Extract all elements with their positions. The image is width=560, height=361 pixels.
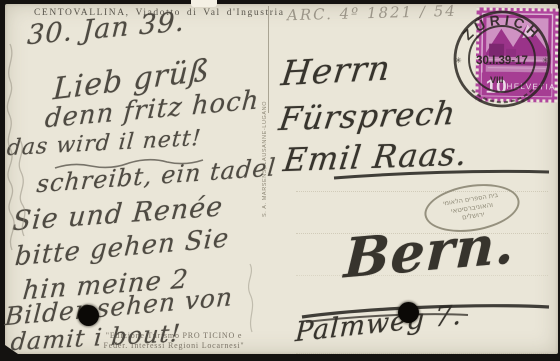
postmark-star-left: ✳ [455,56,462,65]
postmark-city: ZÜRICH [459,12,544,43]
address-name: Emil Raas. [281,135,469,180]
postmark: ZÜRICH 30.I.39-17 VIII ✳ ✳ [446,2,558,114]
divider-line [268,6,269,113]
scan-background: CENTOVALLINA, Viadotto di Val d'Ingustri… [0,0,560,361]
address-guide-line [296,353,548,354]
paper-notch [191,0,217,7]
svg-text:ZÜRICH: ZÜRICH [459,12,544,43]
address-recipient: Herrn [279,48,393,94]
punch-hole-left [78,305,99,326]
postmark-date: 30.I.39-17 [476,55,528,67]
postmark-star-right: ✳ [542,56,549,65]
address-title: Fürsprech [277,94,459,138]
punch-hole-right [398,302,419,323]
postmark-code: VIII [490,75,504,85]
